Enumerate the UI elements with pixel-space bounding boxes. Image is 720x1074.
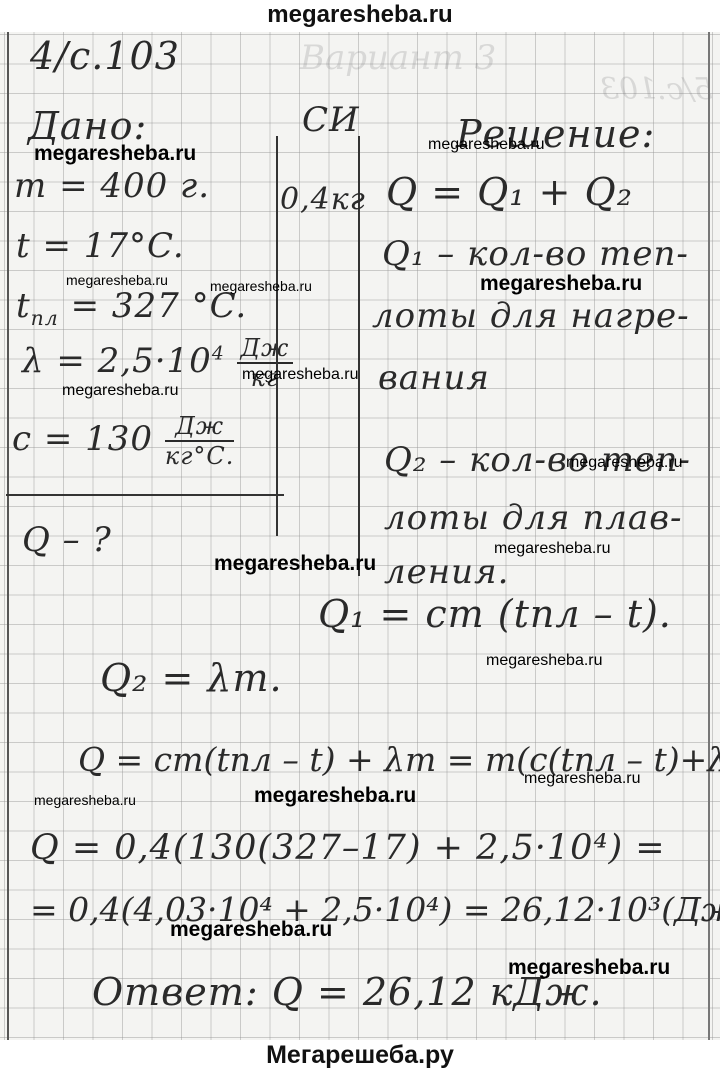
solution-line: вания: [378, 358, 490, 398]
watermark: megaresheba.ru: [254, 784, 416, 808]
solution-line: лоты для плав-: [384, 498, 682, 538]
si-mass: 0,4кг: [280, 182, 366, 217]
watermark: megaresheba.ru: [210, 278, 312, 294]
watermark: megaresheba.ru: [170, 918, 332, 942]
watermark: megaresheba.ru: [480, 272, 642, 296]
si-left-divider: [276, 136, 278, 536]
watermark: megaresheba.ru: [34, 792, 136, 808]
site-footer: Мегарешеба.ру: [0, 1040, 720, 1074]
calculation-line-2: = 0,4(4,03·10⁴ + 2,5·10⁴) = 26,12·10³(Дж…: [30, 890, 720, 929]
margin-line: [7, 32, 9, 1040]
bleed-through-text: 5/с.103: [600, 72, 713, 107]
watermark: megaresheba.ru: [486, 652, 603, 670]
formula-q1: Q₁ = cm (tпл – t).: [318, 592, 672, 636]
formula-q2: Q₂ = λm.: [100, 656, 283, 700]
solution-line: лоты для нагре-: [372, 296, 690, 336]
watermark: megaresheba.ru: [242, 366, 359, 384]
watermark: megaresheba.ru: [494, 540, 611, 558]
given-separator: [6, 494, 284, 496]
watermark: megaresheba.ru: [524, 770, 641, 788]
given-mass: m = 400 г.: [14, 166, 210, 206]
solution-line: Q = Q₁ + Q₂: [386, 170, 633, 214]
given-specific-heat: c = 130 Дж кг°С.: [12, 412, 234, 470]
watermark: megaresheba.ru: [34, 142, 196, 166]
site-header-text: megaresheba.ru: [267, 1, 452, 28]
watermark: megaresheba.ru: [62, 382, 179, 400]
unit-fraction: Дж кг°С.: [165, 412, 234, 470]
watermark: megaresheba.ru: [66, 272, 168, 288]
page-edge: [708, 32, 710, 1040]
si-title: СИ: [302, 100, 360, 140]
solution-line: Q₁ – кол-во теп-: [382, 234, 689, 274]
solution-line: ления.: [384, 552, 509, 592]
watermark: megaresheba.ru: [214, 552, 376, 576]
task-reference: 4/с.103: [30, 34, 180, 78]
watermark: megaresheba.ru: [566, 454, 683, 472]
watermark: megaresheba.ru: [428, 136, 545, 154]
site-footer-text: Мегарешеба.ру: [266, 1041, 454, 1069]
calculation-line-1: Q = 0,4(130(327–17) + 2,5·10⁴) =: [30, 828, 666, 868]
given-temperature: t = 17°C.: [16, 226, 185, 266]
bleed-through-text: Вариант 3: [300, 38, 496, 78]
find-quantity: Q – ?: [22, 520, 112, 560]
notebook-page: Вариант 3 5/с.103 4/с.103 Дано: m = 400 …: [0, 32, 720, 1040]
watermark: megaresheba.ru: [508, 956, 670, 980]
